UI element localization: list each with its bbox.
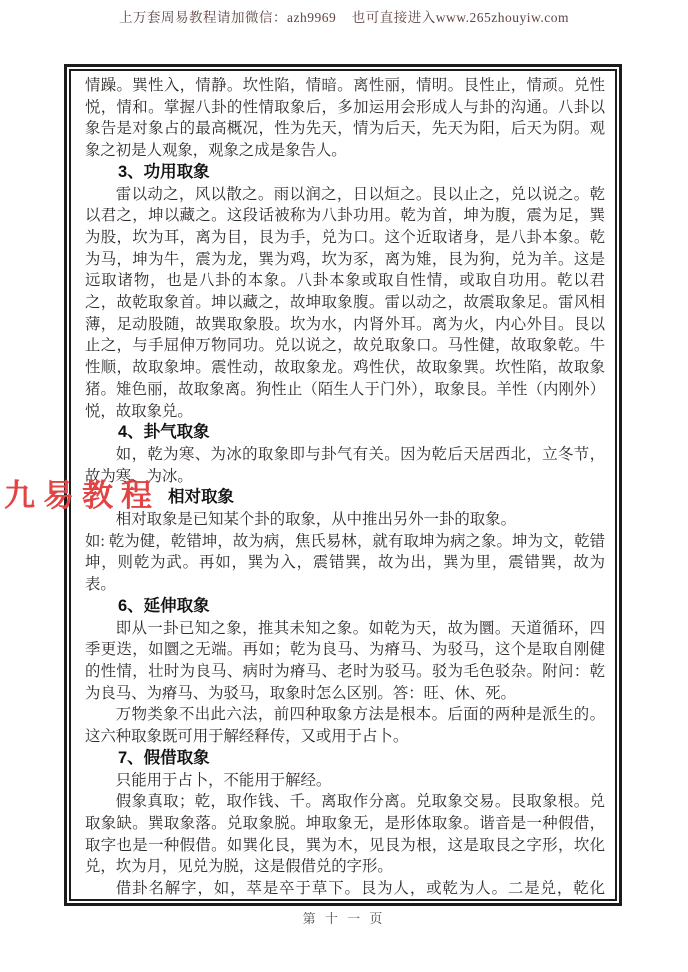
paragraph: 即从一卦已知之象，推其未知之象。如乾为天，故为圜。天道循环，四季更迭，如圜之无端… <box>85 618 605 705</box>
paragraph: 假象真取；乾，取作钱、千。离取作分离。兑取象交易。艮取象根。兑取象缺。巽取象落。… <box>85 791 605 878</box>
section-heading-xiangdui: 相对取象 <box>85 487 605 509</box>
paragraph: 相对取象是已知某个卦的取象，从中推出另外一卦的取象。 <box>85 509 605 531</box>
paragraph-continuation: 情躁。巽性入，情静。坎性陷，情暗。离性丽，情明。艮性止，情顽。兑性悦，情和。掌握… <box>85 75 605 162</box>
scanned-document-page: 上万套周易教程请加微信：azh9969 也可直接进入www.265zhouyiw… <box>0 0 688 972</box>
section-heading-yanshen: 6、延伸取象 <box>85 596 605 618</box>
paragraph: 借卦名解字，如，萃是卒于草下。艮为人，或乾为人。二是兑，乾化兑。 <box>85 878 605 901</box>
paragraph: 如: 乾为健，乾错坤，故为病，焦氏易林，就有取坤为病之象。坤为文，乾错坤，则乾为… <box>85 531 605 596</box>
footer-page-number: 第 十 一 页 <box>0 908 688 927</box>
paragraph: 只能用于占卜，不能用于解经。 <box>85 770 605 792</box>
section-heading-gongyong: 3、功用取象 <box>85 162 605 184</box>
paragraph: 万物类象不出此六法，前四种取象方法是根本。后面的两种是派生的。这六种取象既可用于… <box>85 704 605 747</box>
section-heading-jiajie: 7、假借取象 <box>85 748 605 770</box>
section-heading-guaqi: 4、卦气取象 <box>85 422 605 444</box>
header-promo-text: 上万套周易教程请加微信：azh9969 也可直接进入www.265zhouyiw… <box>0 6 688 26</box>
watermark-logo: 九易教程 <box>4 470 160 515</box>
paragraph: 雷以动之，风以散之。雨以润之，日以烜之。艮以止之，兑以说之。乾以君之，坤以藏之。… <box>85 184 605 423</box>
paragraph: 如，乾为寒、为冰的取象即与卦气有关。因为乾后天居西北，立冬节，故为寒、为冰。 <box>85 444 605 487</box>
